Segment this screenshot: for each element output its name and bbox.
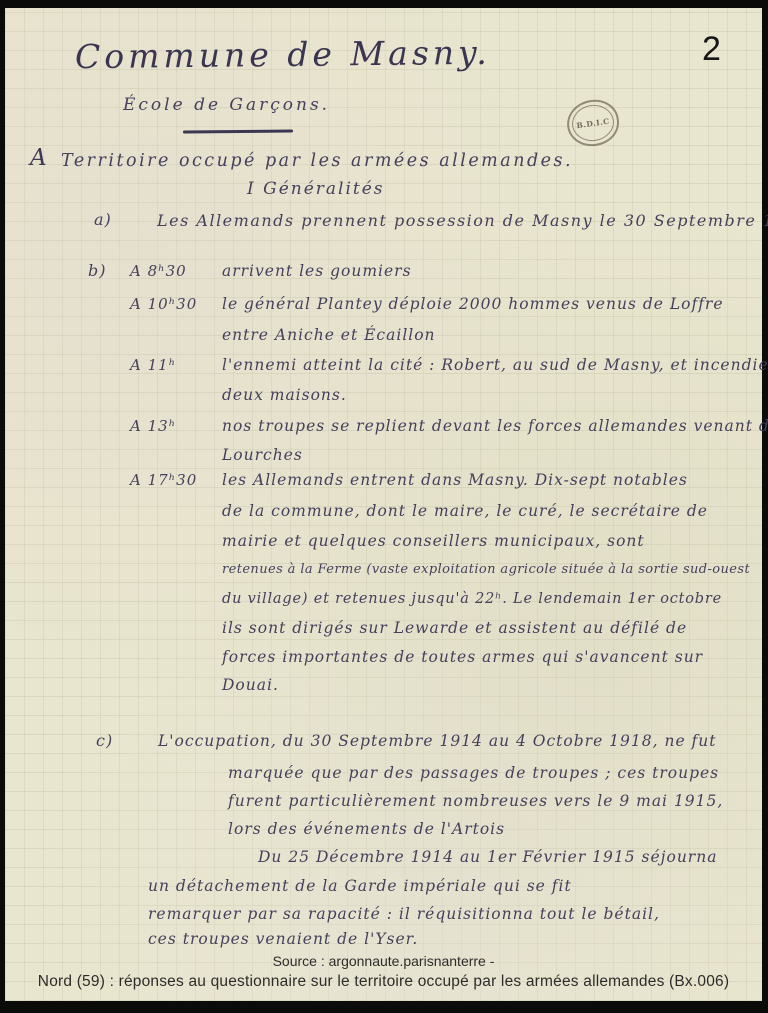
handwritten-line: forces importantes de toutes armes qui s… [222, 649, 703, 667]
handwritten-line: de la commune, dont le maire, le curé, l… [222, 503, 708, 521]
handwritten-line: retenues à la Ferme (vaste exploitation … [222, 563, 750, 578]
title-underline [183, 129, 293, 133]
section-heading: Territoire occupé par les armées alleman… [61, 151, 573, 171]
handwritten-line: deux maisons. [222, 387, 347, 405]
bdic-stamp: B.D.I.C [564, 97, 622, 150]
archive-caption: Nord (59) : réponses au questionnaire su… [5, 973, 762, 991]
handwritten-line: marquée que par des passages de troupes … [228, 765, 719, 783]
handwritten-line: l'ennemi atteint la cité : Robert, au su… [222, 357, 768, 375]
event-time: A 13ʰ [130, 418, 176, 435]
handwritten-line: ils sont dirigés sur Lewarde et assisten… [222, 620, 687, 638]
handwritten-line: Lourches [222, 447, 303, 465]
entry-marker-c: c) [96, 732, 113, 750]
handwritten-line: arrivent les goumiers [222, 263, 412, 281]
subsection-heading: I Généralités [247, 180, 385, 200]
handwritten-line: le général Plantey déploie 2000 hommes v… [222, 296, 724, 314]
event-time: A 17ʰ30 [130, 472, 197, 489]
handwritten-line: lors des événements de l'Artois [228, 821, 505, 839]
section-letter: A [30, 145, 48, 171]
page-number: 2 [702, 30, 721, 69]
stamp-text: B.D.I.C [576, 116, 610, 130]
handwritten-line: Du 25 Décembre 1914 au 1er Février 1915 … [258, 849, 717, 867]
handwritten-line: mairie et quelques conseillers municipau… [222, 533, 645, 551]
event-time: A 11ʰ [130, 357, 176, 374]
handwritten-line: remarquer par sa rapacité : il réquisiti… [148, 906, 660, 924]
bdic-stamp-ring: B.D.I.C [570, 102, 617, 143]
handwritten-line: Douai. [222, 677, 279, 695]
doc-title: Commune de Masny. [75, 34, 491, 76]
handwritten-line: Les Allemands prennent possession de Mas… [157, 212, 768, 230]
event-time: A 8ʰ30 [130, 263, 187, 280]
handwritten-line: entre Aniche et Écaillon [222, 327, 436, 345]
doc-subtitle: École de Garçons. [123, 96, 330, 116]
document-page: 2 B.D.I.C Commune de Masny. École de Gar… [5, 8, 762, 1001]
handwritten-line: nos troupes se replient devant les force… [222, 418, 768, 436]
handwritten-line: un détachement de la Garde impériale qui… [148, 878, 572, 896]
entry-marker-b: b) [88, 262, 106, 280]
handwritten-line: les Allemands entrent dans Masny. Dix-se… [222, 472, 688, 490]
handwritten-line: furent particulièrement nombreuses vers … [228, 793, 723, 811]
source-caption: Source : argonnaute.parisnanterre - [5, 953, 762, 969]
entry-marker-a: a) [94, 211, 112, 229]
handwritten-line: L'occupation, du 30 Septembre 1914 au 4 … [158, 733, 717, 751]
handwritten-line: ces troupes venaient de l'Yser. [148, 931, 418, 949]
handwritten-line: du village) et retenues jusqu'à 22ʰ. Le … [222, 591, 722, 608]
event-time: A 10ʰ30 [130, 296, 197, 313]
